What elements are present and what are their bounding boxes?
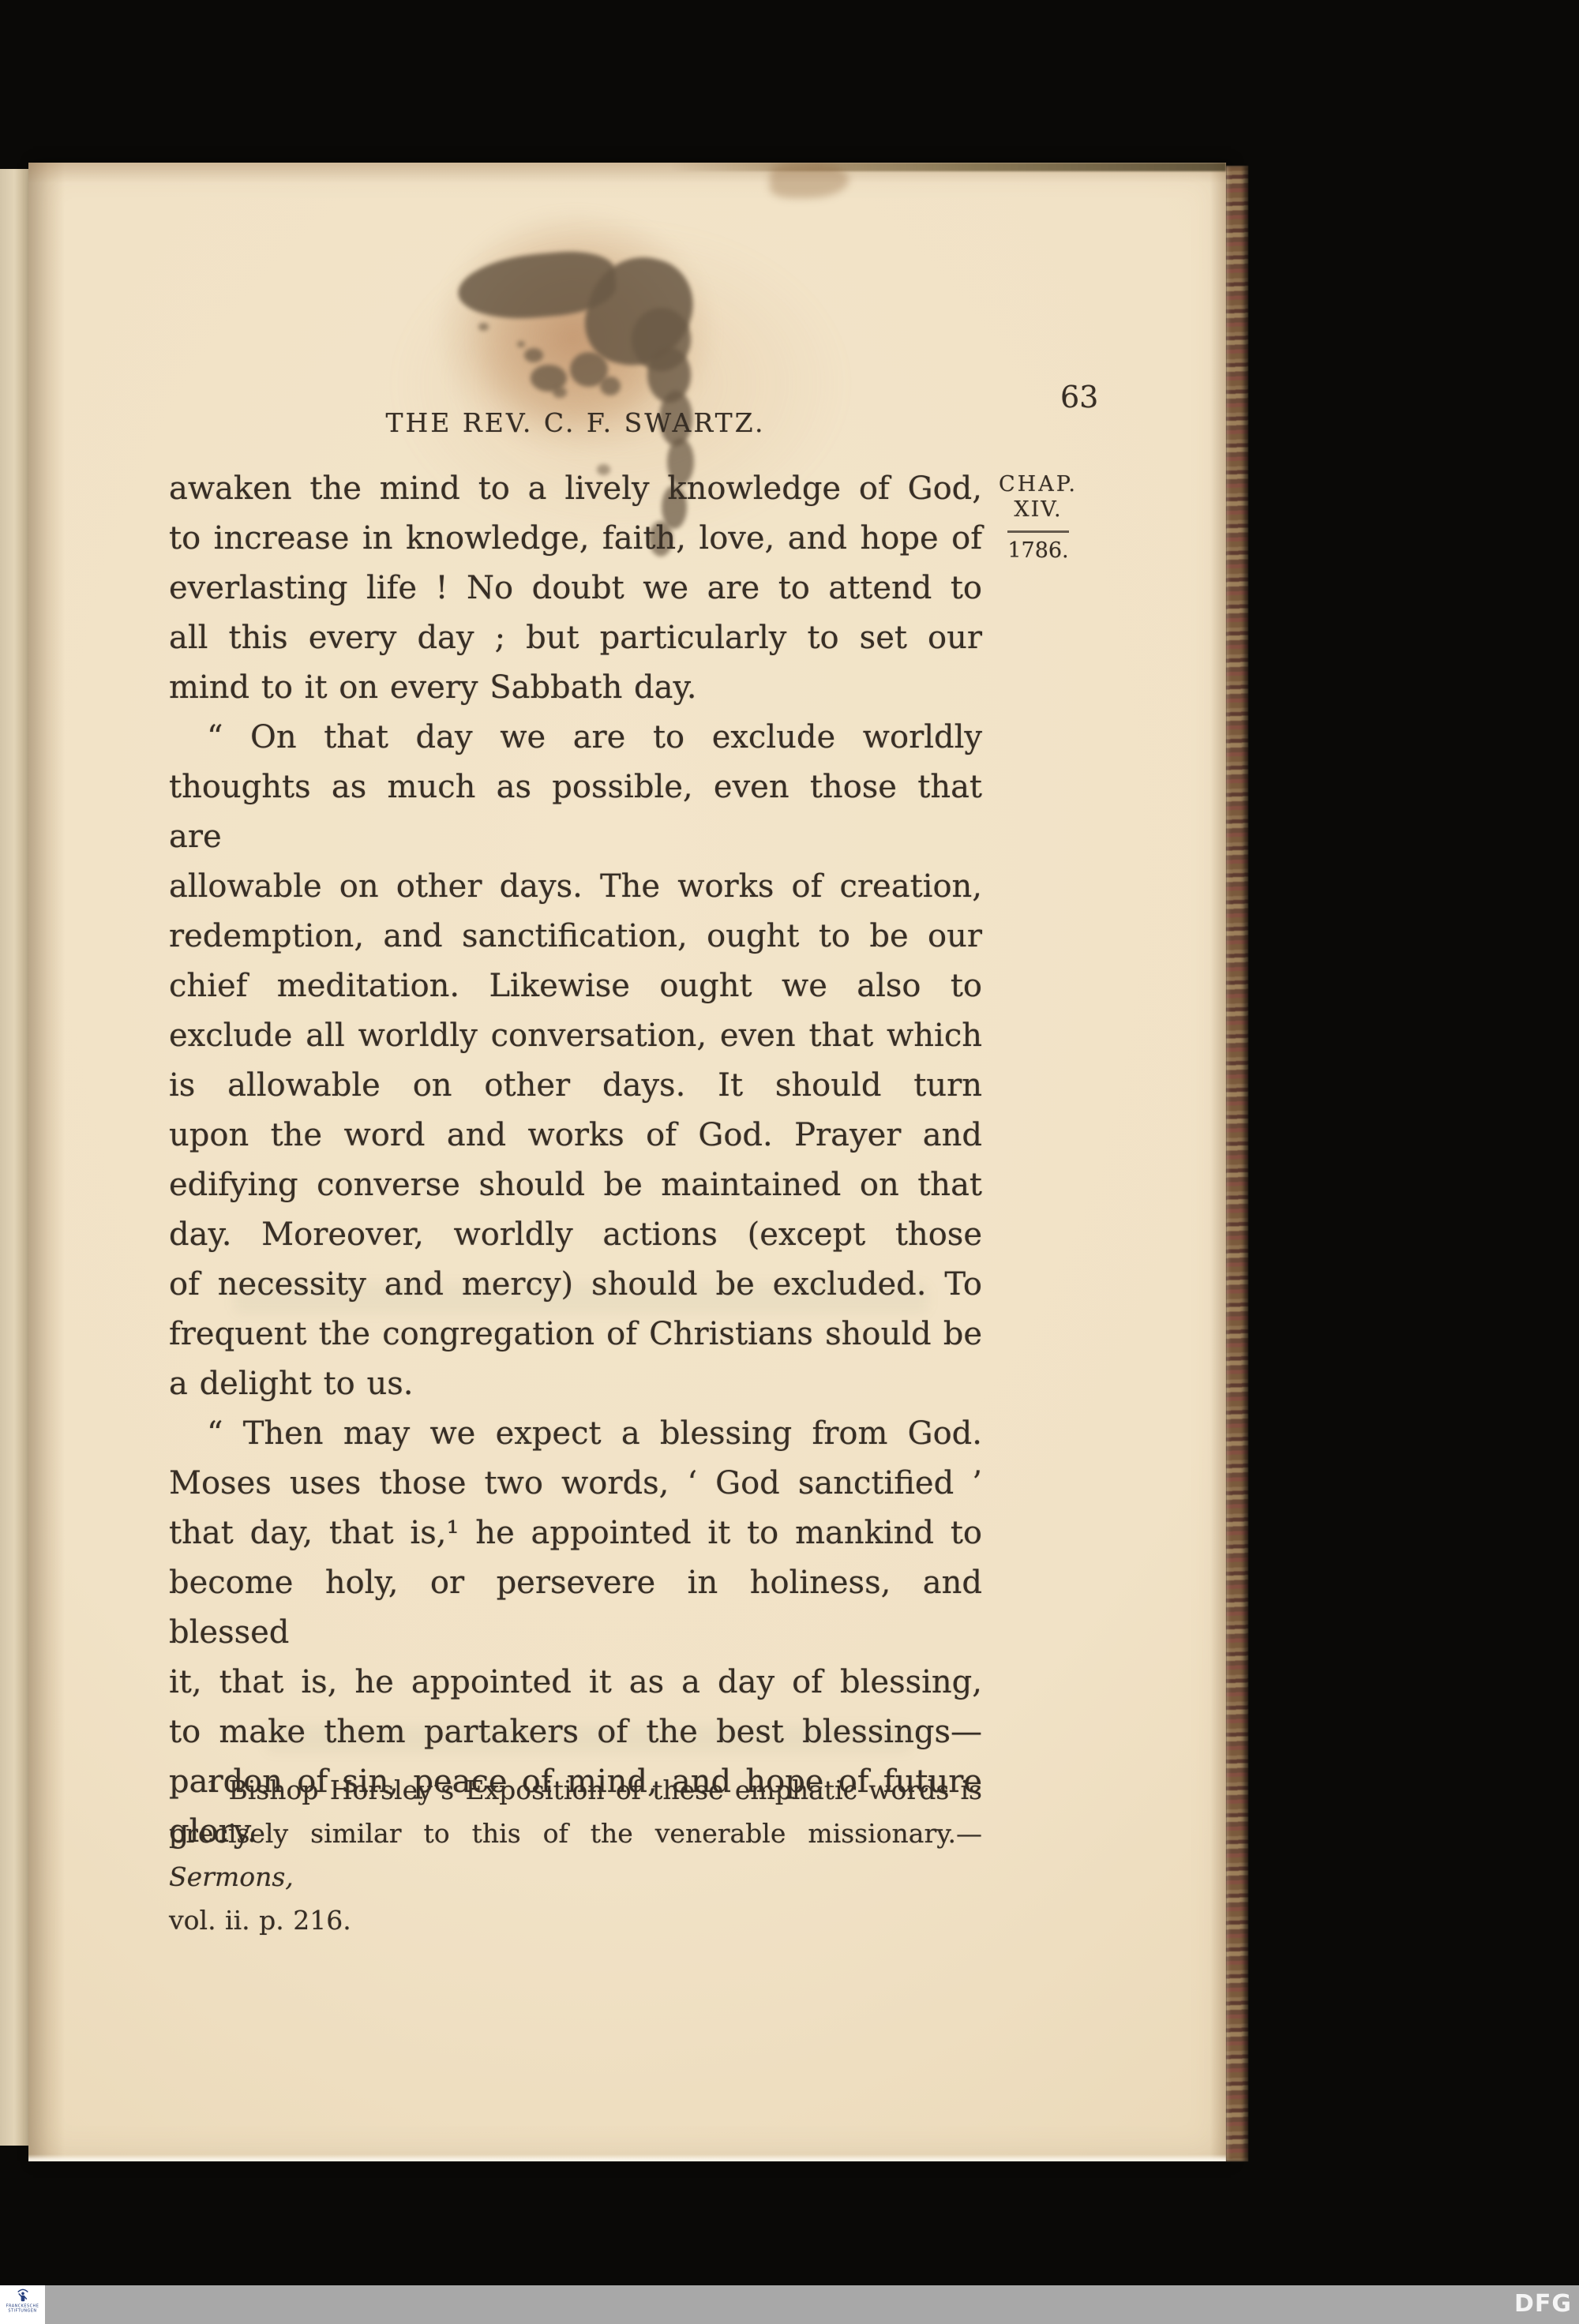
- book-page: THE REV. C. F. SWARTZ. 63 CHAP. XIV. 178…: [28, 163, 1226, 2161]
- page-bottom-edge-highlight: [28, 2154, 1226, 2161]
- page-right-shadow: [1210, 163, 1226, 2161]
- text-line: precisely similar to this of the venerab…: [169, 1812, 982, 1899]
- text-line: to increase in knowledge, faith, love, a…: [169, 514, 982, 564]
- franckesche-stiftungen-logo: FRANCKESCHE STIFTUNGEN: [0, 2285, 45, 2324]
- text-line: upon the word and works of God. Prayer a…: [169, 1111, 982, 1160]
- page-number: 63: [1060, 380, 1098, 414]
- top-edge-discoloration: [671, 163, 1226, 171]
- text-line: of necessity and mercy) should be exclud…: [169, 1260, 982, 1310]
- text-line: Moses uses those two words, ‘ God sancti…: [169, 1459, 982, 1509]
- text-line: day. Moreover, worldly actions (except t…: [169, 1210, 982, 1260]
- dfg-logo: DFG: [1514, 2292, 1572, 2317]
- text-line: it, that is, he appointed it as a day of…: [169, 1658, 982, 1707]
- fore-edge-strip: [1226, 166, 1248, 2161]
- text-line: vol. ii. p. 216.: [169, 1899, 982, 1942]
- text-line: a delight to us.: [169, 1359, 982, 1409]
- logo-text-line1: FRANCKESCHE: [4, 2304, 41, 2308]
- previous-page-edge: [0, 169, 28, 2146]
- text-line: chief meditation. Likewise ought we also…: [169, 961, 982, 1011]
- chapter-label: CHAP.: [991, 472, 1086, 497]
- running-title: THE REV. C. F. SWARTZ.: [169, 407, 982, 438]
- footnote: ¹ Bishop Horsley’s Exposition of these e…: [169, 1768, 982, 1942]
- text-line: awaken the mind to a lively knowledge of…: [169, 464, 982, 514]
- text-line: ¹ Bishop Horsley’s Exposition of these e…: [169, 1768, 982, 1812]
- text-line: allowable on other days. The works of cr…: [169, 862, 982, 912]
- text-line: “ Then may we expect a blessing from God…: [169, 1409, 982, 1459]
- text-line: that day, that is,¹ he appointed it to m…: [169, 1509, 982, 1558]
- ink-stain-blob: [517, 341, 525, 347]
- ink-stain-blob: [600, 377, 621, 395]
- body-text: awaken the mind to a lively knowledge of…: [169, 464, 982, 1857]
- text-line: is allowable on other days. It should tu…: [169, 1061, 982, 1111]
- text-line: redemption, and sanctification, ought to…: [169, 912, 982, 961]
- text-segment: precisely similar to this of the venerab…: [169, 1818, 982, 1849]
- text-line: all this every day ; but particularly to…: [169, 613, 982, 663]
- scanned-book-photograph: THE REV. C. F. SWARTZ. 63 CHAP. XIV. 178…: [0, 0, 1579, 2324]
- text-line: frequent the congregation of Christians …: [169, 1310, 982, 1359]
- chapter-rule: [1007, 530, 1069, 533]
- text-line: “ On that day we are to exclude worldly: [169, 713, 982, 763]
- text-line: exclude all worldly conversation, even t…: [169, 1011, 982, 1061]
- logo-figure-icon: [16, 2288, 30, 2303]
- italic-text: Sermons,: [169, 1861, 294, 1892]
- text-line: thoughts as much as possible, even those…: [169, 763, 982, 862]
- text-line: everlasting life ! No doubt we are to at…: [169, 564, 982, 613]
- text-line: become holy, or persevere in holiness, a…: [169, 1558, 982, 1658]
- year-note: 1786.: [991, 539, 1086, 563]
- text-line: edifying converse should be maintained o…: [169, 1160, 982, 1210]
- ink-stain-blob: [553, 387, 567, 398]
- text-line: mind to it on every Sabbath day.: [169, 663, 982, 713]
- text-line: to make them partakers of the best bless…: [169, 1707, 982, 1757]
- logo-text-line2: STIFTUNGEN: [4, 2309, 41, 2313]
- chapter-margin-note: CHAP. XIV. 1786.: [991, 472, 1086, 563]
- ink-stain-blob: [478, 323, 489, 331]
- gutter-shadow: [28, 163, 65, 2161]
- ink-stain-blob: [524, 348, 543, 362]
- footer-bar: FRANCKESCHE STIFTUNGEN DFG: [0, 2285, 1579, 2324]
- chapter-numeral: XIV.: [991, 497, 1086, 523]
